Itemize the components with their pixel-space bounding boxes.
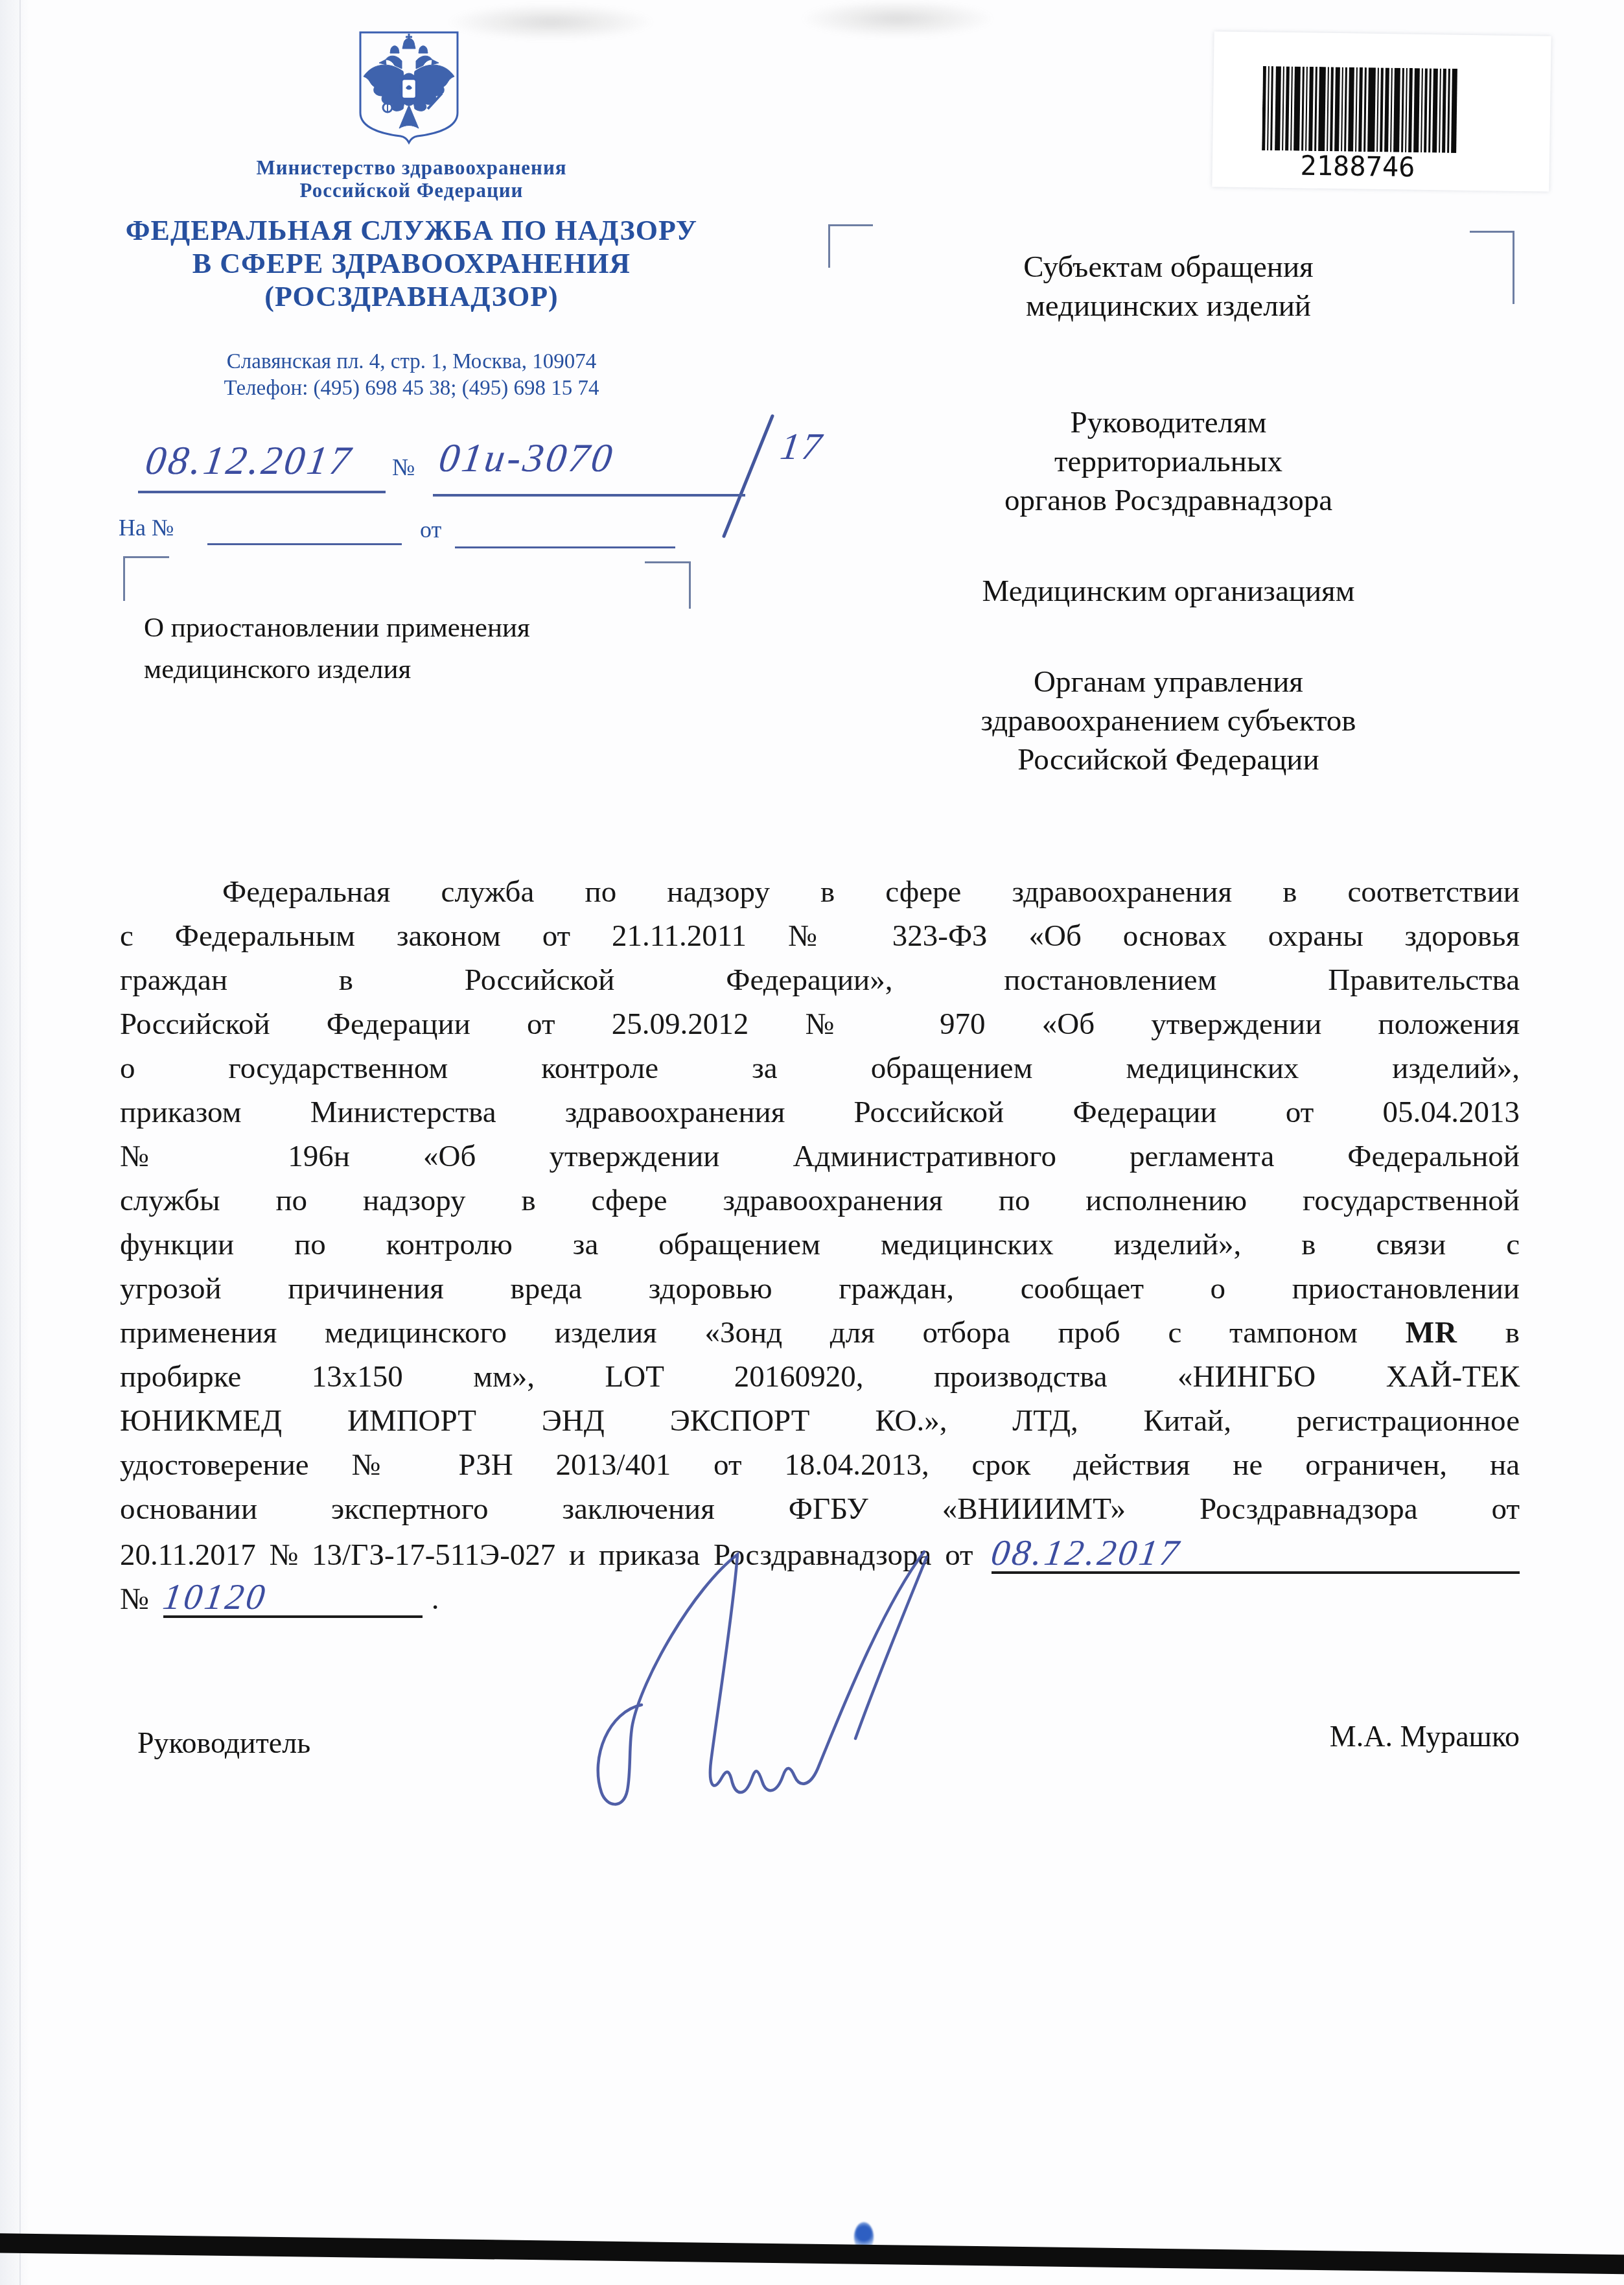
incoming-number-label: На № — [119, 514, 174, 541]
order-number-label: № — [120, 1577, 149, 1621]
closing-period: . — [432, 1577, 439, 1621]
recipient-group2-line2: территориальных — [822, 444, 1515, 479]
date-underline — [138, 491, 386, 493]
signature-stroke — [564, 1530, 953, 1828]
service-name-line2: В СФЕРЕ ЗДРАВООХРАНЕНИЯ — [87, 247, 736, 280]
recipient-group1-line1: Субъектам обращения — [822, 250, 1515, 285]
body-line: № 196н «Об утверждении Административного… — [120, 1134, 1520, 1178]
recipient-group4-line2: здравоохранением субъектов — [822, 703, 1515, 738]
subject-line1: О приостановлении применения — [144, 612, 530, 644]
body-paragraph: Федеральная служба по надзору в сфере зд… — [120, 870, 1520, 1619]
ministry-name-line1: Министерство здравоохранения — [87, 156, 736, 180]
body-line: угрозой причинения вреда здоровью гражда… — [120, 1267, 1520, 1311]
subject-bracket-left — [123, 556, 169, 601]
subject-line2: медицинского изделия — [144, 653, 411, 685]
body-line: службы по надзору в сфере здравоохранени… — [120, 1178, 1520, 1223]
scan-smudge — [447, 4, 655, 40]
scan-smudge — [800, 0, 995, 38]
order-number-blank: 10120 — [163, 1575, 423, 1618]
body-line: функции по контролю за обращением медици… — [120, 1223, 1520, 1267]
body-line: приказом Министерства здравоохранения Ро… — [120, 1090, 1520, 1134]
body-line: основании экспертного заключения ФГБУ «В… — [120, 1487, 1520, 1531]
body-line: удостоверение № РЗН 2013/401 от 18.04.20… — [120, 1443, 1520, 1487]
signatory-title: Руководитель — [137, 1726, 310, 1760]
subject-bracket-right — [645, 561, 691, 609]
coat-of-arms-russia-icon — [355, 29, 463, 146]
body-line: Федеральная служба по надзору в сфере зд… — [120, 870, 1520, 914]
letterhead-phone: Телефон: (495) 698 45 38; (495) 698 15 7… — [87, 377, 736, 401]
incoming-from-label: от — [420, 516, 441, 543]
scan-bottom-edge — [0, 2233, 1624, 2275]
recipient-group4-line3: Российской Федерации — [822, 742, 1515, 777]
service-name-line3: (РОСЗДРАВНАДЗОР) — [87, 280, 736, 313]
signatory-name: М.А. Мурашко — [1235, 1719, 1520, 1753]
body-line: с Федеральным законом от 21.11.2011 № 32… — [120, 914, 1520, 958]
number-underline — [433, 494, 745, 497]
body-line: о государственном контроле за обращением… — [120, 1046, 1520, 1090]
order-date-handwritten: 08.12.2017 — [988, 1531, 1184, 1575]
body-line: граждан в Российской Федерации», постано… — [120, 958, 1520, 1002]
order-number-handwritten: 10120 — [160, 1575, 270, 1619]
mr-mark: MR — [1406, 1316, 1457, 1350]
letterhead-address: Славянская пл. 4, стр. 1, Москва, 109074 — [87, 350, 736, 374]
incoming-number-underline — [207, 543, 402, 545]
number-sign-label: № — [392, 454, 415, 482]
body-line: ЮНИКМЕД ИМПОРТ ЭНД ЭКСПОРТ КО.», ЛТД, Ки… — [120, 1399, 1520, 1443]
recipient-group3-line1: Медицинским организациям — [822, 574, 1515, 609]
outgoing-number-handwritten: 01и-3070 — [436, 436, 618, 482]
body-text: применения медицинского изделия «Зонд дл… — [120, 1316, 1358, 1350]
handwritten-slash-stroke — [722, 414, 774, 539]
body-line: пробирке 13х150 мм», LOT 20160920, произ… — [120, 1355, 1520, 1399]
service-name-line1: ФЕДЕРАЛЬНАЯ СЛУЖБА ПО НАДЗОРУ — [87, 214, 736, 247]
order-date-blank: 08.12.2017 — [992, 1531, 1520, 1574]
ministry-name-line2: Российской Федерации — [87, 179, 736, 202]
recipient-group2-line3: органов Росздравнадзора — [822, 483, 1515, 518]
barcode-number: 2188746 — [1280, 149, 1436, 183]
scan-edge-line — [19, 0, 21, 2285]
body-line: Российской Федерации от 25.09.2012 № 970… — [120, 1002, 1520, 1046]
recipient-group4-line1: Органам управления — [822, 664, 1515, 699]
scanned-letter-page: Министерство здравоохранения Российской … — [0, 0, 1624, 2285]
barcode-icon — [1262, 66, 1459, 153]
outgoing-date-handwritten: 08.12.2017 — [143, 438, 356, 484]
body-line-with-mr-mark: применения медицинского изделия «Зонд дл… — [120, 1311, 1520, 1355]
outgoing-number-suffix-handwritten: 17 — [778, 425, 826, 468]
recipient-group2-line1: Руководителям — [822, 405, 1515, 440]
incoming-date-underline — [455, 546, 675, 548]
recipient-group1-line2: медицинских изделий — [822, 288, 1515, 323]
body-text: в — [1505, 1316, 1520, 1350]
